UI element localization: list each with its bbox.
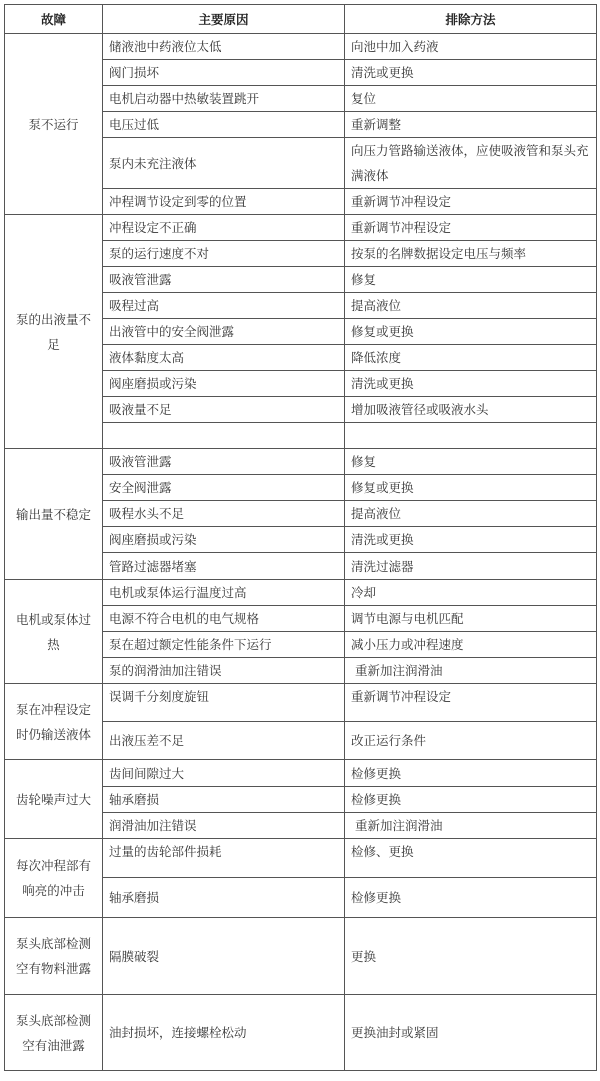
fix-cell: 复位: [345, 86, 597, 112]
fix-cell: 修复或更换: [345, 319, 597, 345]
fix-cell: 检修、更换: [345, 839, 597, 878]
fix-cell: 修复: [345, 267, 597, 293]
cause-cell: 轴承磨损: [103, 787, 345, 813]
fix-cell: 修复: [345, 449, 597, 475]
cause-cell: 安全阀泄露: [103, 475, 345, 501]
fault-table: 故障 主要原因 排除方法 泵不运行储液池中药液位太低向池中加入药液阀门损坏清洗或…: [4, 4, 597, 1071]
cause-cell: 齿间间隙过大: [103, 760, 345, 787]
fix-cell: 清洗过滤器: [345, 553, 597, 580]
fix-cell: 重新调整: [345, 112, 597, 138]
cause-cell: 吸程过高: [103, 293, 345, 319]
cause-cell: 过量的齿轮部件损耗: [103, 839, 345, 878]
table-row: 齿轮噪声过大齿间间隙过大检修更换: [5, 760, 597, 787]
table-row: 泵的出液量不足冲程设定不正确重新调节冲程设定: [5, 215, 597, 241]
fix-cell: 重新调节冲程设定: [345, 684, 597, 722]
table-row: 泵不运行储液池中药液位太低向池中加入药液: [5, 34, 597, 60]
cause-cell: 液体黏度太高: [103, 345, 345, 371]
fix-cell: 清洗或更换: [345, 527, 597, 553]
fix-cell: 向压力管路输送液体，应使吸液管和泵头充满液体: [345, 138, 597, 189]
cause-cell: 吸液管泄露: [103, 449, 345, 475]
fix-cell: 向池中加入药液: [345, 34, 597, 60]
cause-cell: 冲程设定不正确: [103, 215, 345, 241]
fix-cell: 清洗或更换: [345, 60, 597, 86]
fault-cell: 泵的出液量不足: [5, 215, 103, 449]
cause-cell: 泵在超过额定性能条件下运行: [103, 632, 345, 658]
fault-cell: 齿轮噪声过大: [5, 760, 103, 839]
fix-cell: 重新调节冲程设定: [345, 189, 597, 215]
cause-cell: 泵的润滑油加注错误: [103, 658, 345, 684]
table-row: 泵在冲程设定时仍输送液体误调千分刻度旋钮重新调节冲程设定: [5, 684, 597, 722]
header-cause: 主要原因: [103, 5, 345, 34]
fix-cell: 检修更换: [345, 878, 597, 918]
fix-cell: 减小压力或冲程速度: [345, 632, 597, 658]
fix-cell: 提高液位: [345, 501, 597, 527]
cause-cell: [103, 423, 345, 449]
header-fault: 故障: [5, 5, 103, 34]
fix-cell: 增加吸液管径或吸液水头: [345, 397, 597, 423]
table-row: 每次冲程部有响亮的冲击过量的齿轮部件损耗检修、更换: [5, 839, 597, 878]
cause-cell: 电压过低: [103, 112, 345, 138]
cause-cell: 出液压差不足: [103, 722, 345, 760]
fault-cell: 泵在冲程设定时仍输送液体: [5, 684, 103, 760]
fix-cell: 修复或更换: [345, 475, 597, 501]
fault-cell: 电机或泵体过热: [5, 580, 103, 684]
cause-cell: 出液管中的安全阀泄露: [103, 319, 345, 345]
fault-cell: 泵不运行: [5, 34, 103, 215]
cause-cell: 泵的运行速度不对: [103, 241, 345, 267]
cause-cell: 油封损坏，连接螺栓松动: [103, 995, 345, 1071]
cause-cell: 储液池中药液位太低: [103, 34, 345, 60]
cause-cell: 冲程调节设定到零的位置: [103, 189, 345, 215]
table-row: 电机或泵体过热电机或泵体运行温度过高冷却: [5, 580, 597, 606]
cause-cell: 隔膜破裂: [103, 918, 345, 995]
cause-cell: 吸液管泄露: [103, 267, 345, 293]
fix-cell: 清洗或更换: [345, 371, 597, 397]
cause-cell: 吸程水头不足: [103, 501, 345, 527]
fix-cell: 检修更换: [345, 787, 597, 813]
fault-cell: 输出量不稳定: [5, 449, 103, 580]
fix-cell: 冷却: [345, 580, 597, 606]
fix-cell: 提高液位: [345, 293, 597, 319]
fix-cell: 按泵的名牌数据设定电压与频率: [345, 241, 597, 267]
header-fix: 排除方法: [345, 5, 597, 34]
table-body: 泵不运行储液池中药液位太低向池中加入药液阀门损坏清洗或更换电机启动器中热敏装置跳…: [5, 34, 597, 1071]
fix-cell: 重新加注润滑油: [345, 813, 597, 839]
fix-cell: 重新加注润滑油: [345, 658, 597, 684]
cause-cell: 电机或泵体运行温度过高: [103, 580, 345, 606]
fix-cell: 更换: [345, 918, 597, 995]
cause-cell: 泵内未充注液体: [103, 138, 345, 189]
cause-cell: 阀门损坏: [103, 60, 345, 86]
cause-cell: 吸液量不足: [103, 397, 345, 423]
table-row: 泵头底部检测空有物料泄露隔膜破裂更换: [5, 918, 597, 995]
fault-cell: 每次冲程部有响亮的冲击: [5, 839, 103, 918]
cause-cell: 管路过滤器堵塞: [103, 553, 345, 580]
fix-cell: 调节电源与电机匹配: [345, 606, 597, 632]
cause-cell: 轴承磨损: [103, 878, 345, 918]
cause-cell: 误调千分刻度旋钮: [103, 684, 345, 722]
fix-cell: 改正运行条件: [345, 722, 597, 760]
header-row: 故障 主要原因 排除方法: [5, 5, 597, 34]
fault-cell: 泵头底部检测空有物料泄露: [5, 918, 103, 995]
cause-cell: 阀座磨损或污染: [103, 527, 345, 553]
cause-cell: 润滑油加注错误: [103, 813, 345, 839]
cause-cell: 电机启动器中热敏装置跳开: [103, 86, 345, 112]
table-row: 输出量不稳定吸液管泄露修复: [5, 449, 597, 475]
fix-cell: 降低浓度: [345, 345, 597, 371]
cause-cell: 阀座磨损或污染: [103, 371, 345, 397]
fix-cell: 重新调节冲程设定: [345, 215, 597, 241]
fix-cell: [345, 423, 597, 449]
fix-cell: 检修更换: [345, 760, 597, 787]
table-row: 泵头底部检测空有油泄露油封损坏，连接螺栓松动更换油封或紧固: [5, 995, 597, 1071]
fix-cell: 更换油封或紧固: [345, 995, 597, 1071]
cause-cell: 电源不符合电机的电气规格: [103, 606, 345, 632]
fault-cell: 泵头底部检测空有油泄露: [5, 995, 103, 1071]
